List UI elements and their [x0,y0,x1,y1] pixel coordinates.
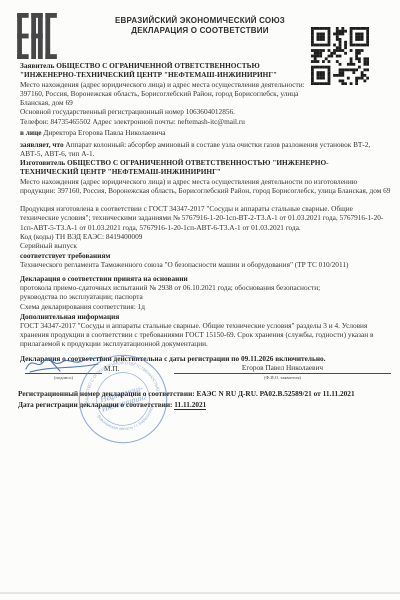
tnved-code-line: Код (коды) ТН ВЭД ЕАЭС: 8419400009 [20,232,388,241]
manufacturer-name-line: Изготовитель ОБЩЕСТВО С ОГРАНИЧЕННОЙ ОТВ… [20,158,350,177]
declarant-name-field: Егоров Павел Николаевич (Ф.И.О. заявител… [174,362,391,381]
registration-date-label: Дата регистрации декларации о соответств… [18,400,172,409]
applicant-address: Место нахождения (адрес юридического лиц… [20,80,322,108]
declarant-name-caption: (Ф.И.О. заявителя) [174,375,391,381]
document-header: ЕВРАЗИЙСКИЙ ЭКОНОМИЧЕСКИЙ СОЮЗ ДЕКЛАРАЦИ… [60,16,340,36]
declarant-name: Егоров Павел Николаевич [174,362,391,373]
declaration-scheme: Схема декларирования соответствия: 1д [20,302,388,311]
in-person-label: в лице [20,128,42,137]
signature-field: (подпись) [25,373,102,381]
manufacturer-label: Изготовитель [20,158,65,167]
eac-mark-icon [17,13,57,59]
applicant-label: Заявитель [20,61,54,70]
page-title: ДЕКЛАРАЦИЯ О СООТВЕТСТВИИ [60,26,340,36]
applicant-contacts: Телефон: 84735465502 Адрес электронной п… [20,117,388,126]
signature-line [25,373,102,374]
declaration-of-conformity-document: ЕВРАЗИЙСКИЙ ЭКОНОМИЧЕСКИЙ СОЮЗ ДЕКЛАРАЦИ… [0,0,400,600]
registration-number-line: Регистрационный номер декларации о соотв… [18,389,393,398]
product-declaration: заявляет, что Аппарат колонный: абсорбер… [20,140,388,159]
applicant-block: Заявитель ОБЩЕСТВО С ОГРАНИЧЕННОЙ ОТВЕТС… [20,61,388,137]
applicant-ogrn: Основной государственный регистрационный… [20,107,388,116]
manufacturer-name: ОБЩЕСТВО С ОГРАНИЧЕННОЙ ОТВЕТСТВЕННОСТЬЮ… [20,158,329,176]
compliance-text: Технического регламента Таможенного союз… [20,260,388,269]
page-bottom-edge [0,592,400,594]
product-description: Аппарат колонный: абсорбер аминовый в со… [20,140,370,158]
declares-label: заявляет, что [20,140,64,149]
additional-info-heading: Дополнительная информация [20,312,388,321]
compliance-heading: соответствует требованиям [20,251,388,260]
in-person-name: Директора Егорова Павла Николаевича [43,128,165,137]
additional-info-text: ГОСТ 34347-2017 "Сосуды и аппараты сталь… [20,321,384,349]
applicant-representative: в лице Директора Егорова Павла Николаеви… [20,128,388,137]
production-standards: Продукция изготовлена в соответствии с Г… [20,204,388,232]
registration-date-value: 11.11.2021 [174,400,206,410]
basis-heading: Декларация о соответствии принята на осн… [20,274,388,283]
declarant-name-line [174,373,391,374]
company-round-stamp: ОБЩЕСТВО С ОГРАНИЧЕННОЙ ОТВЕТСТВЕННОСТЬЮ… [76,352,170,446]
registration-date-line: Дата регистрации декларации о соответств… [18,400,386,409]
basis-text: протокола приемо-сдаточных испытаний № 2… [20,283,358,302]
release-type: Серийный выпуск [20,241,388,250]
signature-caption: (подпись) [25,375,102,381]
union-title: ЕВРАЗИЙСКИЙ ЭКОНОМИЧЕСКИЙ СОЮЗ [60,16,340,26]
manufacturer-address: Место нахождения (адрес юридического лиц… [20,177,392,196]
applicant-name: ОБЩЕСТВО С ОГРАНИЧЕННОЙ ОТВЕТСТВЕННОСТЬЮ… [20,61,277,79]
seal-place-abbr: М.П. [104,364,119,373]
applicant-name-line: Заявитель ОБЩЕСТВО С ОГРАНИЧЕННОЙ ОТВЕТС… [20,61,310,80]
